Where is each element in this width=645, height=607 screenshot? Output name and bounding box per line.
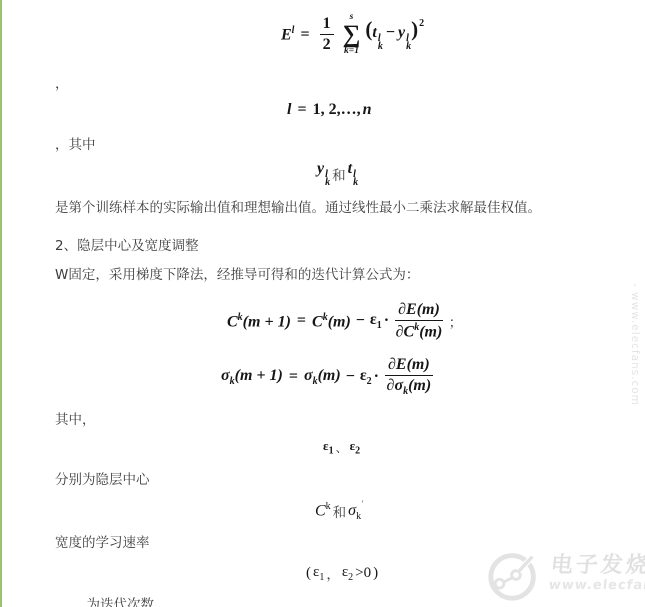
minus-sign: − xyxy=(386,24,395,41)
math-var: y xyxy=(398,24,405,41)
formula-eps-condition: ( ε1 ， ε2 >0 ) xyxy=(306,563,378,583)
math-arg: (m) xyxy=(417,301,440,318)
math-sup: k xyxy=(326,501,331,512)
equals-sign: = xyxy=(300,26,309,44)
math-arg: (m) xyxy=(328,313,351,330)
math-term: σk(m + 1) xyxy=(221,367,283,387)
dot-operator: · xyxy=(374,368,379,386)
math-arg: (m + 1) xyxy=(235,367,283,384)
sigma-var: σ xyxy=(304,367,313,384)
epsilon-symbol: ε xyxy=(370,311,377,328)
math-var: C xyxy=(404,323,415,340)
math-var: C xyxy=(312,313,323,330)
partial-symbol: ∂ xyxy=(398,301,406,318)
greater-than-zero: >0 xyxy=(355,565,371,582)
watermark-box: 电子发烧友 www.elecfans.com xyxy=(486,545,645,603)
watermark-vertical: - www.elecfans.com xyxy=(629,283,641,406)
math-sub: 1 xyxy=(319,572,324,583)
section-heading: 2、隐层中心及宽度调整 xyxy=(55,238,199,254)
left-paren: ( xyxy=(306,565,311,582)
outputs-description: 是第个训练样本的实际输出值和理想输出值。通过线性最小二乘法求解最佳权值。 xyxy=(55,200,541,216)
fraction-denominator: 2 xyxy=(320,35,334,54)
epsilon-symbol: ε xyxy=(360,367,367,384)
equals-sign: = xyxy=(297,101,306,119)
among-line: 其中， xyxy=(55,412,96,428)
and-character: 和 xyxy=(333,501,347,521)
formula-width-update: σk(m + 1) = σk(m) − ε2 · ∂E(m) ∂σk(m) xyxy=(221,356,437,397)
math-arg: (m) xyxy=(407,356,430,373)
fraction-numerator: ∂E(m) xyxy=(385,356,433,376)
math-var: E xyxy=(281,27,292,44)
sigma-var: σ xyxy=(221,367,230,384)
semicolon: ； xyxy=(449,311,463,331)
math-term-parenthesized: (tlk−ylk)2 xyxy=(365,18,424,51)
left-border xyxy=(0,0,2,607)
math-var-l: l xyxy=(287,101,291,119)
math-term: Ck(m + 1) xyxy=(227,312,291,331)
exponent: 2 xyxy=(419,18,424,29)
watermark-url: www.elecfans.com xyxy=(548,579,645,594)
formula-epsilons: ε1 、 ε2 xyxy=(323,438,360,457)
equals-sign: = xyxy=(289,368,298,386)
math-term-epsilon: ε1 xyxy=(370,311,382,331)
watermark-brand: 电子发烧友 xyxy=(550,554,645,578)
math-term-sigma: σk' xyxy=(348,499,363,522)
sigma-var: σ xyxy=(348,502,356,519)
sum-lower-limit: k=1 xyxy=(343,47,361,57)
minus-sign: − xyxy=(346,368,355,386)
math-arg: (m) xyxy=(318,367,341,384)
formula-center-update: Ck(m + 1) = Ck(m) − ε1 · ∂E(m) ∂Ck(m) ； xyxy=(227,301,462,341)
sigma-icon: ∑ xyxy=(343,23,361,47)
math-sub: k xyxy=(378,43,383,51)
math-sub: 2 xyxy=(348,572,353,583)
epsilon-1: ε1 xyxy=(323,438,334,457)
math-term-y: ylk xyxy=(317,160,330,187)
equals-sign: = xyxy=(297,312,306,330)
math-arg: (m) xyxy=(419,323,442,340)
sigma-var: σ xyxy=(394,377,403,394)
index-values: 1, 2,…, xyxy=(313,101,361,119)
partial-derivative-fraction: ∂E(m) ∂σk(m) xyxy=(385,356,433,397)
math-var: E xyxy=(406,301,417,318)
watermark-text: 电子发烧友 www.elecfans.com xyxy=(548,554,645,593)
formula-outputs: ylk 和 tlk xyxy=(317,160,358,187)
math-sub: 2 xyxy=(367,376,372,387)
math-term-E: El xyxy=(281,25,294,44)
and-character: 和 xyxy=(332,164,346,184)
fraction-one-half: 1 2 xyxy=(320,15,334,54)
math-sub: 1 xyxy=(377,320,382,331)
minus-sign: − xyxy=(356,312,365,330)
respectively-line: 分别为隐层中心 xyxy=(55,472,150,488)
summation-symbol: s ∑ k=1 xyxy=(343,13,361,57)
partial-symbol: ∂ xyxy=(396,323,404,340)
math-term: σk(m) xyxy=(304,367,341,387)
math-term: Ck(m) xyxy=(312,312,351,331)
fraction-numerator: ∂E(m) xyxy=(395,301,443,321)
math-var: C xyxy=(315,502,326,519)
sup-sub-stack: lk xyxy=(378,35,383,51)
math-term-C: Ck xyxy=(315,501,331,520)
width-rate-line: 宽度的学习速率 xyxy=(55,535,150,551)
bottom-partial-line: ，为迭代次数 xyxy=(73,597,154,607)
comma: ， xyxy=(326,563,340,583)
fraction-denominator: ∂σk(m) xyxy=(385,376,433,397)
math-sub: k xyxy=(325,179,330,187)
math-arg: (m) xyxy=(408,377,431,394)
math-sub: 1 xyxy=(329,446,334,457)
math-var: y xyxy=(317,160,324,177)
math-sub: k xyxy=(356,511,361,522)
epsilon-1: ε1 xyxy=(313,564,324,583)
math-var: t xyxy=(372,24,376,41)
math-term-epsilon: ε2 xyxy=(360,367,372,387)
math-var: C xyxy=(227,313,238,330)
right-paren: ) xyxy=(411,17,418,41)
tick-mark: ' xyxy=(361,499,363,509)
epsilon-2: ε2 xyxy=(350,438,361,457)
partial-symbol: ∂ xyxy=(388,356,396,373)
math-var: E xyxy=(396,356,407,373)
formula-index-range: l = 1, 2,…, n xyxy=(287,101,371,119)
formula-error-function: El = 1 2 s ∑ k=1 (tlk−ylk)2 xyxy=(281,13,424,57)
elecfans-logo-icon xyxy=(486,545,544,603)
math-sub: k xyxy=(406,43,411,51)
partial-derivative-fraction: ∂E(m) ∂Ck(m) xyxy=(395,301,443,341)
w-fixed-line: W固定，采用梯度下降法，经推导可得和的迭代计算公式为： xyxy=(55,267,419,283)
right-paren: ) xyxy=(373,565,378,582)
left-paren: ( xyxy=(365,17,372,41)
math-term-t: tlk xyxy=(348,160,358,187)
fraction-denominator: ∂Ck(m) xyxy=(395,321,443,341)
separator: 、 xyxy=(336,439,348,456)
comma-line: ， xyxy=(55,76,69,92)
sup-sub-stack: lk xyxy=(325,171,330,187)
formula-c-and-sigma: Ck 和 σk' xyxy=(315,499,363,522)
math-arg: (m + 1) xyxy=(243,313,291,330)
math-sup: l xyxy=(292,25,295,36)
epsilon-2: ε2 xyxy=(342,564,353,583)
sup-sub-stack: lk xyxy=(353,171,358,187)
where-line: ，其中 xyxy=(55,137,96,153)
dot-operator: · xyxy=(384,312,389,330)
math-var-n: n xyxy=(363,101,372,119)
fraction-numerator: 1 xyxy=(320,15,334,35)
math-sub: k xyxy=(353,179,358,187)
math-sub: 2 xyxy=(355,446,360,457)
math-var: t xyxy=(348,160,352,177)
